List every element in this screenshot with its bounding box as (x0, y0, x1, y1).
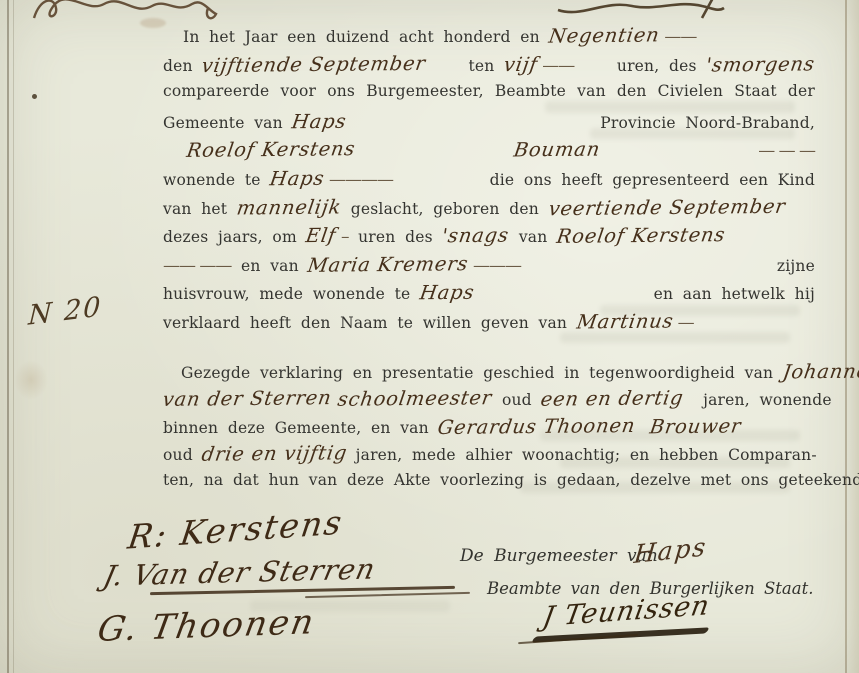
handwritten-text: Negentien (548, 23, 662, 47)
document-line: van der Sterren schoolmeester oud een en… (163, 387, 815, 415)
printed-text: geslacht, geboren den (341, 200, 548, 218)
handwritten-dash: —— —— (163, 256, 231, 276)
handwritten-text: Bouman (512, 138, 602, 162)
printed-text: den (163, 57, 202, 75)
handwritten-text: Maria Kremers (307, 252, 471, 277)
handwritten-text: Brouwer (634, 414, 743, 438)
act-number: N 20 (27, 291, 103, 332)
document-line: Gezegde verklaring en presentatie geschi… (163, 360, 815, 388)
handwritten-text: vijftiende September (200, 51, 427, 76)
document-body: In het Jaar een duizend acht honderd en … (163, 24, 815, 498)
printed-text: van (509, 228, 557, 246)
document-line: dezes jaars, om Elf – uren des 'snags va… (163, 224, 815, 253)
paper-stain (14, 360, 48, 400)
printed-text: ten (468, 57, 504, 75)
handwritten-text: schoolmeester (337, 386, 495, 411)
officiant-title-line: De Burgemeester van (460, 546, 658, 566)
handwritten-text: Johannes (781, 359, 859, 383)
handwritten-text: Martinus (575, 309, 675, 333)
document-line: ten, na dat hun van deze Akte voorlezing… (163, 470, 815, 498)
printed-text: uren des (348, 228, 442, 246)
handwritten-text: drie en vijftig (201, 442, 350, 467)
printed-text: Gezegde verklaring en presentatie geschi… (181, 364, 783, 382)
document-line: den vijftiende Septemberten vijf ——uren,… (163, 53, 815, 82)
printed-text: huisvrouw, mede wonende te (163, 285, 420, 303)
printed-text: jaren, wonende (684, 391, 832, 409)
handwritten-dash: – (337, 227, 349, 247)
handwritten-text: Gerardus Thoonen (437, 414, 638, 439)
printed-text: jaren, mede alhier woonachtig; en hebben… (356, 446, 817, 464)
handwritten-text: Roelof Kerstens (185, 137, 357, 162)
document-line: van het mannelijk geslacht, geboren den … (163, 196, 815, 225)
printed-text: verklaard heeft den Naam te willen geven… (163, 314, 577, 332)
handwritten-dash: —— (538, 56, 574, 76)
document-line: oud drie en vijftigjaren, mede alhier wo… (163, 442, 815, 470)
handwritten-text: Elf (305, 224, 339, 247)
printed-text: en van (231, 257, 308, 275)
cutoff-handwriting-fragment-right (552, 0, 732, 20)
printed-text: Provincie Noord-Braband, (600, 114, 815, 132)
handwritten-dash: —— (660, 27, 696, 47)
printed-text: compareerde voor ons Burgemeester, Beamb… (163, 82, 815, 100)
printed-text: In het Jaar een duizend acht honderd en (183, 28, 549, 46)
handwritten-text: mannelijk (235, 195, 343, 219)
book-gutter-line (13, 0, 14, 673)
handwritten-text: 'snags (441, 224, 511, 248)
handwritten-text: van der Sterren (161, 386, 340, 411)
document-line: verklaard heeft den Naam te willen geven… (163, 310, 815, 339)
document-line: —— —— en van Maria Kremers ———zijne (163, 253, 815, 282)
printed-text: die ons heeft gepresenteerd een Kind (490, 171, 815, 189)
document-line: binnen deze Gemeente, en van Gerardus Th… (163, 415, 815, 443)
document-line: wonende te Haps ————die ons heeft gepres… (163, 167, 815, 196)
book-gutter-line (7, 0, 9, 673)
handwritten-text: 'smorgens (704, 52, 816, 76)
handwritten-text: een en dertig (540, 386, 686, 410)
handwritten-text: Roelof Kerstens (555, 223, 727, 248)
document-line: Gemeente van HapsProvincie Noord-Braband… (163, 110, 815, 139)
cutoff-handwriting-fragment-left (26, 0, 226, 22)
printed-text: ten, na dat hun van deze Akte voorlezing… (163, 471, 859, 489)
handwritten-text: veertiende September (547, 194, 787, 219)
printed-text: wonende te (163, 171, 270, 189)
officiant-place-handwritten: Haps (633, 532, 709, 569)
document-line: compareerde voor ons Burgemeester, Beamb… (163, 81, 815, 110)
handwritten-text: Haps (269, 167, 327, 191)
signature-flourish (305, 592, 470, 598)
ink-dot (32, 94, 37, 99)
document-line: In het Jaar een duizend acht honderd en … (163, 24, 815, 53)
handwritten-text: Haps (291, 109, 349, 133)
printed-text: dezes jaars, om (163, 228, 306, 246)
handwritten-dash: ——— (469, 256, 521, 276)
printed-text: oud (492, 391, 541, 409)
birth-record-scan: N 20 In het Jaar een duizend acht honder… (0, 0, 859, 673)
document-line: huisvrouw, mede wonende te Hapsen aan he… (163, 281, 815, 310)
printed-text: oud (163, 446, 202, 464)
printed-text: zijne (777, 257, 815, 275)
handwritten-dash: ———— (325, 170, 393, 190)
printed-text: binnen deze Gemeente, en van (163, 419, 438, 437)
printed-text: en aan hetwelk hij (654, 285, 815, 303)
handwritten-dash: — (673, 313, 693, 333)
signature-witness-1: J. Van der Sterren (100, 552, 379, 592)
printed-text: uren, des (617, 57, 706, 75)
printed-text: van het (163, 200, 237, 218)
handwritten-text: vijf (502, 52, 539, 75)
page-edge-shade (847, 0, 859, 673)
printed-text: Gemeente van (163, 114, 292, 132)
signature-witness-2: G. Thoonen (95, 602, 319, 650)
handwritten-dash: — — — (758, 141, 815, 161)
document-line: Roelof KerstensBouman— — — (163, 138, 815, 167)
handwritten-text: Haps (418, 281, 476, 305)
signature-declarant: R: Kerstens (125, 502, 345, 557)
